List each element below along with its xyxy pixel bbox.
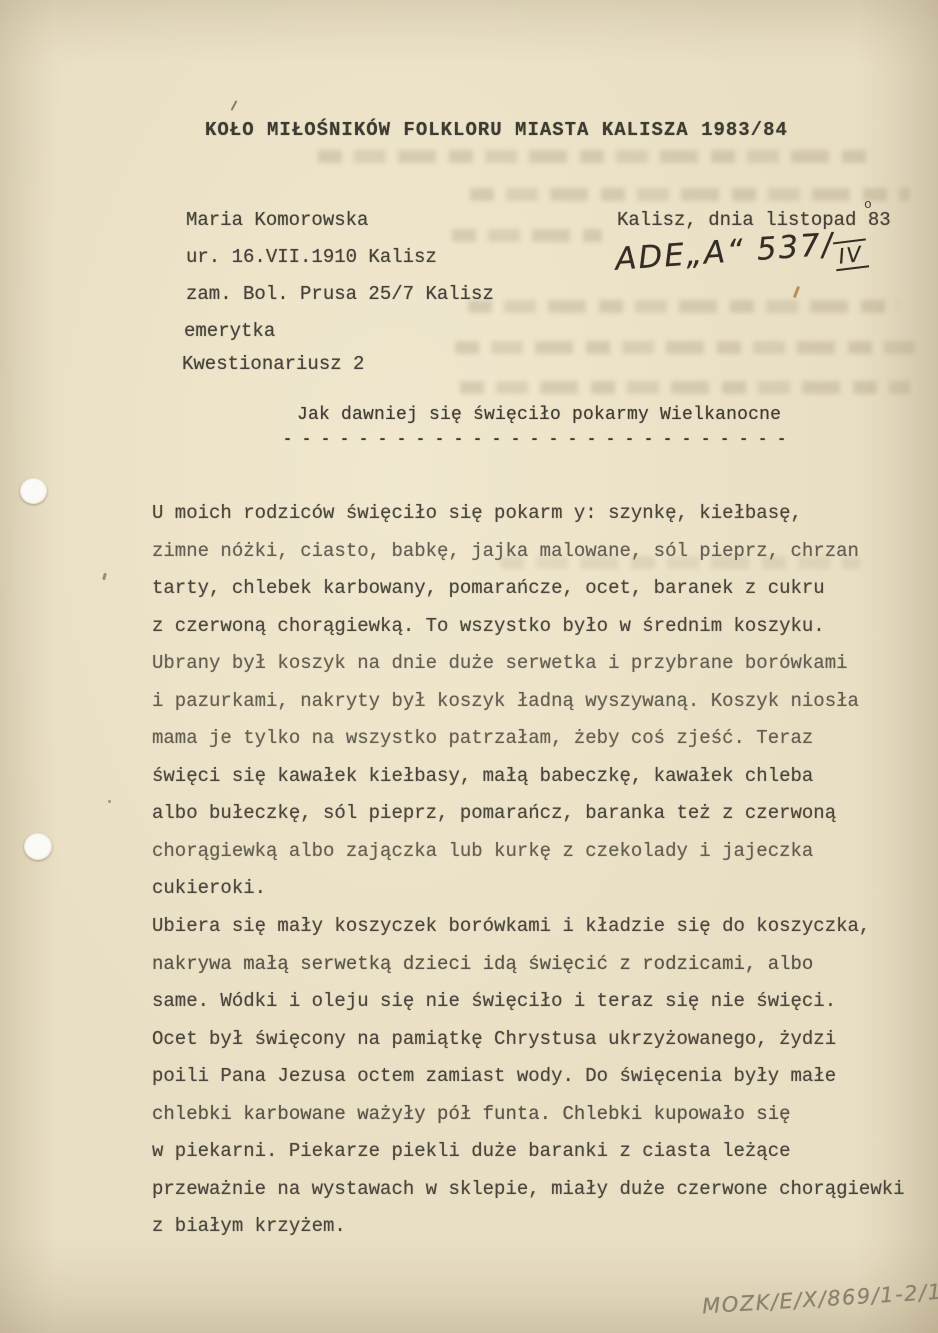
body-line: z czerwoną chorągiewką. To wszystko było… (152, 608, 905, 646)
bleedthrough-line (455, 341, 915, 354)
bleedthrough-line (318, 150, 878, 163)
body-line: albo bułeczkę, sól pieprz, pomarańcz, ba… (152, 795, 905, 833)
body-line: nakrywa małą serwetką dzieci idą święcić… (152, 946, 905, 984)
paper-speck (102, 573, 107, 581)
questionnaire-label: Kwestionariusz 2 (182, 352, 364, 376)
body-line: Ocet był święcony na pamiątkę Chrystusa … (152, 1021, 905, 1059)
body-line: święci się kawałek kiełbasy, małą babecz… (152, 758, 905, 796)
body-line: cukieroki. (152, 870, 905, 908)
body-line: zimne nóżki, ciasto, babkę, jajka malowa… (152, 533, 905, 571)
author-address: zam. Bol. Prusa 25/7 Kalisz (186, 282, 494, 306)
body-line: poili Pana Jezusa octem zamiast wody. Do… (152, 1058, 905, 1096)
body-line: i pazurkami, nakryty był koszyk ładną wy… (152, 683, 905, 721)
body-line: w piekarni. Piekarze piekli duże baranki… (152, 1133, 905, 1171)
archival-note-handwritten: ADE„A“ 537/IV (614, 224, 868, 277)
bleedthrough-line (452, 229, 602, 242)
dateline-superscript: o (864, 197, 872, 212)
author-birth: ur. 16.VII.1910 Kalisz (186, 245, 437, 269)
title-underline: - - - - - - - - - - - - - - - - - - - - … (283, 428, 787, 452)
document-title: Jak dawniej się święciło pokarmy Wielkan… (297, 403, 781, 427)
body-line: chlebki karbowane ważyły pół funta. Chle… (152, 1096, 905, 1134)
bleedthrough-line (468, 300, 898, 313)
document-header: KOŁO MIŁOŚNIKÓW FOLKLORU MIASTA KALISZA … (205, 118, 788, 142)
body-line: przeważnie na wystawach w sklepie, miały… (152, 1171, 905, 1209)
body-line: U moich rodziców święciło się pokarm y: … (152, 495, 905, 533)
body-line: Ubiera się mały koszyczek borówkami i kł… (152, 908, 905, 946)
body-line: chorągiewką albo zajączka lub kurkę z cz… (152, 833, 905, 871)
body-line: tarty, chlebek karbowany, pomarańcze, oc… (152, 570, 905, 608)
paper-speck (108, 800, 111, 803)
paper-speck (793, 286, 800, 298)
body-line: Ubrany był koszyk na dnie duże serwetka … (152, 645, 905, 683)
body-line: same. Wódki i oleju się nie święciło i t… (152, 983, 905, 1021)
archival-note-roman: IV (833, 238, 869, 271)
author-name: Maria Komorowska (186, 208, 368, 232)
author-occupation: emerytka (184, 319, 275, 343)
catalog-code-handwritten: MOZK/E/X/869/1-2/1 (701, 1280, 938, 1319)
scanned-document-page: KOŁO MIŁOŚNIKÓW FOLKLORU MIASTA KALISZA … (0, 0, 938, 1333)
archival-note-quoted: „A“ (685, 233, 747, 273)
body-line: z białym krzyżem. (152, 1208, 905, 1246)
bleedthrough-line (470, 188, 910, 201)
paper-speck (231, 100, 238, 111)
body-line: mama je tylko na wszystko patrzałam, żeb… (152, 720, 905, 758)
punch-hole (24, 833, 52, 860)
bleedthrough-line (460, 381, 910, 394)
archival-note-prefix: ADE (614, 237, 687, 278)
punch-hole (20, 478, 47, 504)
archival-note-number: 537/ (756, 227, 836, 268)
document-body: U moich rodziców święciło się pokarm y: … (152, 495, 905, 1246)
